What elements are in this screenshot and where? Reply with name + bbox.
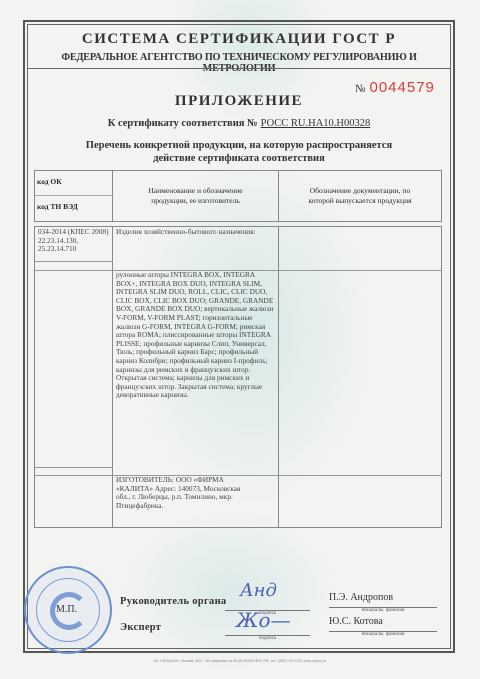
expert-signature: Жо— [236, 608, 291, 632]
stamp-mp-label: М.П. [56, 604, 77, 615]
certificate-reference-label: К сертификату соответствия № [108, 118, 258, 129]
agency-name: ФЕДЕРАЛЬНОЕ АГЕНТСТВО ПО ТЕХНИЧЕСКОМУ РЕ… [27, 52, 451, 74]
certification-stamp: М.П. [24, 566, 112, 654]
header-divider [27, 68, 451, 69]
codes-column: 034-2014 (КПЕС 2008) 22.23.14.130, 25.23… [35, 227, 113, 527]
header-code-ok: код ОК [37, 177, 62, 186]
print-footer: АО «ОПЦИОН», Москва, 2017, «Б» лицензия … [0, 659, 480, 663]
row-divider [35, 270, 113, 271]
table-row-product: рулонные шторы INTEGRA BOX, INTEGRA BOX+… [116, 271, 274, 400]
table-row-manufacturer: ИЗГОТОВИТЕЛЬ: ООО «ФИРМА «КАЛИТА» Адрес:… [116, 476, 251, 510]
row-divider [35, 261, 113, 262]
header-codes-divider [35, 195, 113, 196]
expert-name: Ю.С. Котова [329, 616, 383, 627]
system-title: СИСТЕМА СЕРТИФИКАЦИИ ГОСТ Р [27, 31, 451, 48]
certificate-reference: К сертификату соответствия №РОСС RU.НА10… [27, 118, 451, 129]
header-documentation: Обозначение документации, по которой вып… [279, 171, 441, 221]
table-row-code: 034-2014 (КПЕС 2008) 22.23.14.130, 25.23… [38, 228, 112, 254]
expert-label: Эксперт [120, 622, 161, 633]
head-signature: Анд [240, 580, 277, 601]
header-code-tn: код ТН ВЭД [37, 202, 78, 211]
head-name: П.Э. Андропов [329, 592, 393, 603]
expert-name-caption: инициалы, фамилия [329, 632, 437, 637]
products-column: Изделия хозяйственно-бытового назначения… [113, 227, 279, 527]
row-divider [279, 270, 441, 271]
row-divider [35, 467, 113, 468]
list-title-line2: действие сертификата соответствия [27, 152, 451, 165]
document-title: ПРИЛОЖЕНИЕ [27, 93, 451, 110]
documentation-column [279, 227, 441, 527]
head-label: Руководитель органа [120, 596, 226, 607]
row-divider [35, 475, 113, 476]
expert-signature-caption: подпись [225, 636, 310, 641]
row-divider [279, 475, 441, 476]
header-codes-cell: код ОК код ТН ВЭД [35, 171, 113, 221]
table-header: код ОК код ТН ВЭД Наименование и обознач… [34, 170, 442, 222]
header-product: Наименование и обозначение продукции, ее… [113, 171, 279, 221]
list-title: Перечень конкретной продукции, на котору… [27, 139, 451, 165]
table-row-product: Изделия хозяйственно-бытового назначения… [116, 228, 266, 237]
head-name-caption: инициалы, фамилия [329, 608, 437, 613]
certificate-number: РОСС RU.НА10.Н00328 [261, 118, 371, 129]
list-title-line1: Перечень конкретной продукции, на котору… [27, 139, 451, 152]
table-body: 034-2014 (КПЕС 2008) 22.23.14.130, 25.23… [34, 226, 442, 528]
